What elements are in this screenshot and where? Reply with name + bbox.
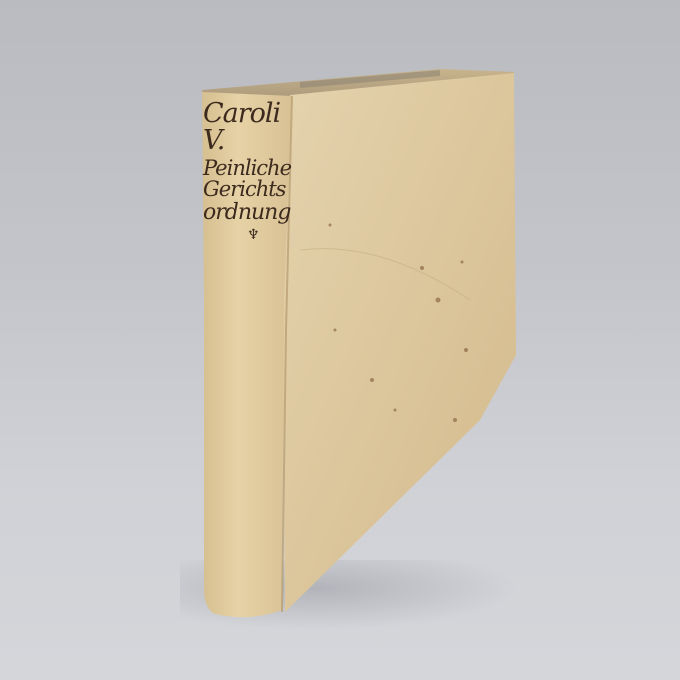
spine-title-line-2: Peinliche Gerichts (203, 158, 295, 200)
photo-scene: Caroli V. Peinliche Gerichts ordnung ♆ (0, 0, 680, 680)
book-front-cover (282, 73, 516, 612)
spine-handwritten-title: Caroli V. Peinliche Gerichts ordnung ♆ (203, 100, 295, 242)
spine-mark: ♆ (203, 228, 295, 242)
spine-title-line-1: Caroli V. (203, 100, 295, 154)
vellum-book (0, 0, 680, 680)
spine-title-line-3: ordnung (203, 202, 295, 224)
